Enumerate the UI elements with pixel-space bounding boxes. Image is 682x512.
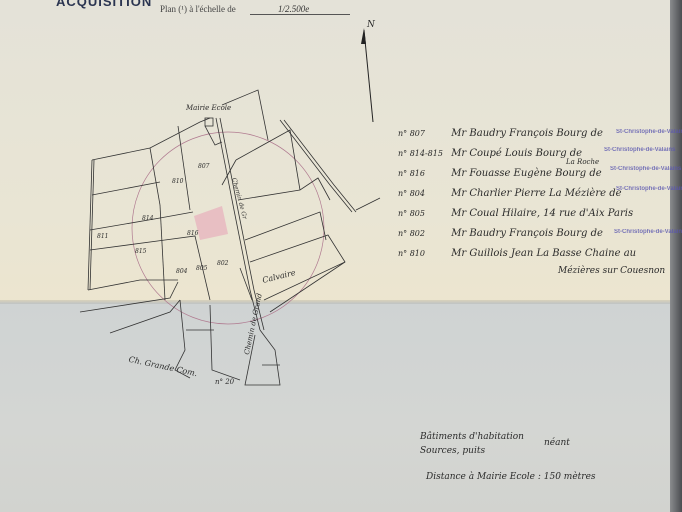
parcel-number: n° 810 (398, 249, 448, 258)
owner-name: Mr Charlier Pierre La Mézière de (451, 188, 621, 199)
parcel-number: n° 802 (398, 229, 448, 238)
north-arrow-icon (361, 28, 373, 122)
mairie-ecole-label: Mairie Ecole (186, 104, 231, 112)
owner-row: n° 810 Mr Guillois Jean La Basse Chaine … (398, 248, 636, 259)
parcel-label-804: 804 (176, 268, 187, 275)
stamp-802: St-Christophe-de-Valains (614, 229, 682, 235)
parcel-label-807: 807 (198, 163, 209, 170)
owner-name: Mr Guillois Jean La Basse Chaine au (451, 248, 636, 259)
parcel-label-810: 810 (172, 178, 183, 185)
parcel-label-811: 811 (97, 233, 108, 240)
owner-row: n° 804 Mr Charlier Pierre La Mézière de (398, 188, 622, 199)
stamp-816: St-Christophe-de-Valains (610, 166, 681, 172)
parcel-number: n° 816 (398, 169, 448, 178)
owner-row: n° 802 Mr Baudry François Bourg de (398, 228, 603, 239)
parcel-boundaries (80, 90, 380, 385)
chemin-number-label: n° 20 (215, 378, 234, 386)
owner-row: n° 816 Mr Fouasse Eugène Bourg de (398, 168, 602, 179)
parcel-label-814: 814 (142, 215, 153, 222)
owner-row: n° 807 Mr Baudry François Bourg de (398, 128, 603, 139)
owner-name: Mr Coupé Louis Bourg de (451, 148, 582, 159)
parcel-number: n° 814-815 (398, 149, 448, 158)
stamp-814: St-Christophe-de-Valains (604, 147, 675, 153)
note-buildings: Bâtiments d'habitation (420, 432, 524, 442)
owner-row: n° 814-815 Mr Coupé Louis Bourg de (398, 148, 582, 159)
owner-name: Mr Baudry François Bourg de (451, 228, 603, 239)
note-distance: Distance à Mairie Ecole : 150 mètres (426, 472, 596, 482)
owner-note: La Roche (566, 158, 599, 166)
stamp-804: St-Christophe-de-Valains (616, 186, 682, 192)
owner-name: Mr Coual Hilaire, 14 rue d'Aix Paris (451, 208, 633, 219)
owner-address-line2: Mézières sur Couesnon (558, 266, 665, 276)
parcel-number: n° 807 (398, 129, 448, 138)
parcel-label-802: 802 (217, 260, 228, 267)
owner-name: Mr Baudry François Bourg de (451, 128, 603, 139)
owner-row: n° 805 Mr Coual Hilaire, 14 rue d'Aix Pa… (398, 208, 633, 219)
parcel-label-816: 816 (187, 230, 198, 237)
highlighted-parcel (194, 206, 228, 240)
parcel-label-805: 805 (196, 265, 207, 272)
parcel-label-815: 815 (135, 248, 146, 255)
stamp-807: St-Christophe-de-Valains (616, 129, 682, 135)
note-buildings-value: néant (544, 438, 570, 448)
parcel-number: n° 804 (398, 189, 448, 198)
owner-name: Mr Fouasse Eugène Bourg de (451, 168, 601, 179)
north-label: N (367, 20, 375, 30)
parcel-number: n° 805 (398, 209, 448, 218)
note-sources: Sources, puits (420, 446, 485, 456)
